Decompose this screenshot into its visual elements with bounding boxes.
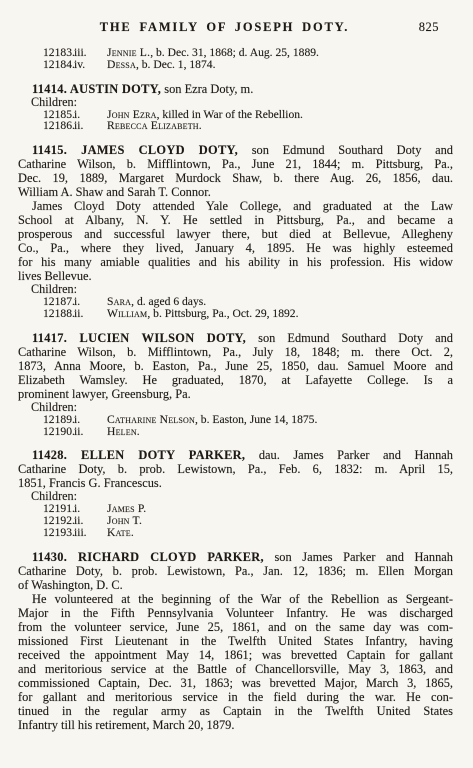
entry-id-and-name: 11414. AUSTIN DOTY, <box>32 82 161 96</box>
child-detail: , b. Easton, June 14, 1875. <box>195 413 317 426</box>
biography-line: Co., Pa., where they lived, January 4, 1… <box>18 241 453 255</box>
child-row: 12184. iv. Dessa, b. Dec. 1, 1874. <box>18 59 453 71</box>
child-name: Kate. <box>107 526 134 539</box>
child-name: Helen. <box>107 425 140 438</box>
genealogy-entry: 11414. AUSTIN DOTY, son Ezra Doty, m. Ch… <box>18 82 453 133</box>
entry-heading-line: William A. Shaw and Sarah T. Connor. <box>18 185 453 199</box>
child-row: 12191. i. James P. <box>18 503 453 515</box>
child-name: William <box>107 307 147 320</box>
child-number: 12186. <box>43 120 74 132</box>
entry-id-and-name: 11428. ELLEN DOTY PARKER, <box>32 448 245 462</box>
entry-heading-line: 11415. JAMES CLOYD DOTY, son Edmund Sout… <box>18 143 453 157</box>
child-text: Dessa, b. Dec. 1, 1874. <box>107 59 215 71</box>
child-number: 12190. <box>43 426 74 438</box>
biography-line: and meritorious service at the Battle of… <box>18 662 453 676</box>
child-detail: , b. Dec. 1, 1874. <box>136 58 216 71</box>
biography-line: received the appointment May 14, 1861; w… <box>18 648 453 662</box>
biography-line: lives Bellevue. <box>18 269 453 283</box>
child-text: William, b. Pittsburg, Pa., Oct. 29, 189… <box>107 308 299 320</box>
biography-line: for his many amiable qualities and his a… <box>18 255 453 269</box>
child-roman-numeral: i. <box>74 414 107 426</box>
entry-heading-line: 1873, Anna Moore, b. Easton, Pa., June 2… <box>18 359 453 373</box>
entry-heading-line: Elizabeth Wamsley. He graduated, 1870, a… <box>18 373 453 387</box>
child-row: 12186. ii. Rebecca Elizabeth. <box>18 120 453 132</box>
entry-heading-text: dau. James Parker and Hannah <box>245 448 453 462</box>
entry-heading-line: Dec. 19, 1889, Margaret Murdock Shaw, b.… <box>18 171 453 185</box>
entry-heading-line: 1851, Francis G. Francescus. <box>18 476 453 490</box>
entry-heading-text: son Ezra Doty, m. <box>161 82 253 96</box>
biography-line: missioned First Lieutenant in the Twelft… <box>18 634 453 648</box>
entry-heading-line: prominent lawyer, Greensburg, Pa. <box>18 387 453 401</box>
genealogy-entry: 11415. JAMES CLOYD DOTY, son Edmund Sout… <box>18 143 453 320</box>
entry-id-and-name: 11415. JAMES CLOYD DOTY, <box>32 143 238 157</box>
child-number: 12184. <box>43 59 74 71</box>
child-number: 12189. <box>43 414 74 426</box>
biography-line: from the volunteer service, June 25, 186… <box>18 620 453 634</box>
biography-line: prosperous and successful lawyer there, … <box>18 227 453 241</box>
child-row: 12190. ii. Helen. <box>18 426 453 438</box>
biography-line: Major in the Fifth Pennsylvania Voluntee… <box>18 606 453 620</box>
child-name: Dessa <box>107 58 136 71</box>
genealogy-entry: 11430. RICHARD CLOYD PARKER, son James P… <box>18 550 453 732</box>
children-list-continuation: 12183. iii. Jennie L., b. Dec. 31, 1868;… <box>18 47 453 71</box>
biography-line: School at Albany, N. Y. He settled in Pi… <box>18 213 453 227</box>
entry-heading-line: of Washington, D. C. <box>18 578 453 592</box>
entry-heading-line: Catharine Wilson, b. Mifflintown, Pa., J… <box>18 157 453 171</box>
entry-id-and-name: 11430. RICHARD CLOYD PARKER, <box>32 550 264 564</box>
child-roman-numeral: iii. <box>74 527 107 539</box>
biography-line: for gallant and meritorious service in t… <box>18 690 453 704</box>
child-roman-numeral: ii. <box>74 120 107 132</box>
child-row: 12188. ii. William, b. Pittsburg, Pa., O… <box>18 308 453 320</box>
child-number: 12188. <box>43 308 74 320</box>
biography-line: James Cloyd Doty attended Yale College, … <box>18 199 453 213</box>
page-number: 825 <box>419 20 439 35</box>
entry-heading-line: Catharine Wilson, b. Mifflintown, Pa., J… <box>18 345 453 359</box>
running-title: THE FAMILY OF JOSEPH DOTY. <box>18 20 431 35</box>
entry-id-and-name: 11417. LUCIEN WILSON DOTY, <box>32 331 246 345</box>
child-text: Helen. <box>107 426 140 438</box>
entry-heading-line: Catharine Doty, b. prob. Lewistown, Pa.,… <box>18 462 453 476</box>
child-detail: , b. Pittsburg, Pa., Oct. 29, 1892. <box>147 307 298 320</box>
entry-heading-text: son James Parker and Hannah <box>264 550 453 564</box>
biography-line: tinued in the regular army as Captain in… <box>18 704 453 718</box>
child-row: 12189. i. Catharine Nelson, b. Easton, J… <box>18 414 453 426</box>
entry-heading-text: son Edmund Southard Doty and <box>246 331 453 345</box>
entry-heading-line: 11417. LUCIEN WILSON DOTY, son Edmund So… <box>18 331 453 345</box>
children-label: Children: <box>31 283 453 296</box>
child-number: 12193. <box>43 527 74 539</box>
children-label: Children: <box>31 490 453 503</box>
entry-heading-text: son Edmund Southard Doty and <box>238 143 453 157</box>
child-roman-numeral: ii. <box>74 308 107 320</box>
biography-line: Infantry till his retirement, March 20, … <box>18 718 453 732</box>
entry-heading-line: Catharine Doty, b. prob. Lewistown, Pa.,… <box>18 564 453 578</box>
entry-heading-line: 11430. RICHARD CLOYD PARKER, son James P… <box>18 550 453 564</box>
child-text: Rebecca Elizabeth. <box>107 120 202 132</box>
biography-line: commissioned Captain, Dec. 31, 1863; was… <box>18 676 453 690</box>
entry-heading-line: 11414. AUSTIN DOTY, son Ezra Doty, m. <box>18 82 453 96</box>
genealogy-entry: 11417. LUCIEN WILSON DOTY, son Edmund So… <box>18 331 453 438</box>
book-page: THE FAMILY OF JOSEPH DOTY. 825 12183. ii… <box>0 0 473 768</box>
child-row: 12193. iii. Kate. <box>18 527 453 539</box>
biography-line: He volunteered at the beginning of the W… <box>18 592 453 606</box>
page-header: THE FAMILY OF JOSEPH DOTY. 825 <box>18 20 453 34</box>
child-roman-numeral: ii. <box>74 426 107 438</box>
child-row: 12185. i. John Ezra, killed in War of th… <box>18 109 453 121</box>
entry-heading-line: 11428. ELLEN DOTY PARKER, dau. James Par… <box>18 448 453 462</box>
child-text: Kate. <box>107 527 134 539</box>
child-name: Rebecca Elizabeth. <box>107 119 202 132</box>
child-roman-numeral: iv. <box>74 59 107 71</box>
genealogy-entry: 11428. ELLEN DOTY PARKER, dau. James Par… <box>18 448 453 538</box>
